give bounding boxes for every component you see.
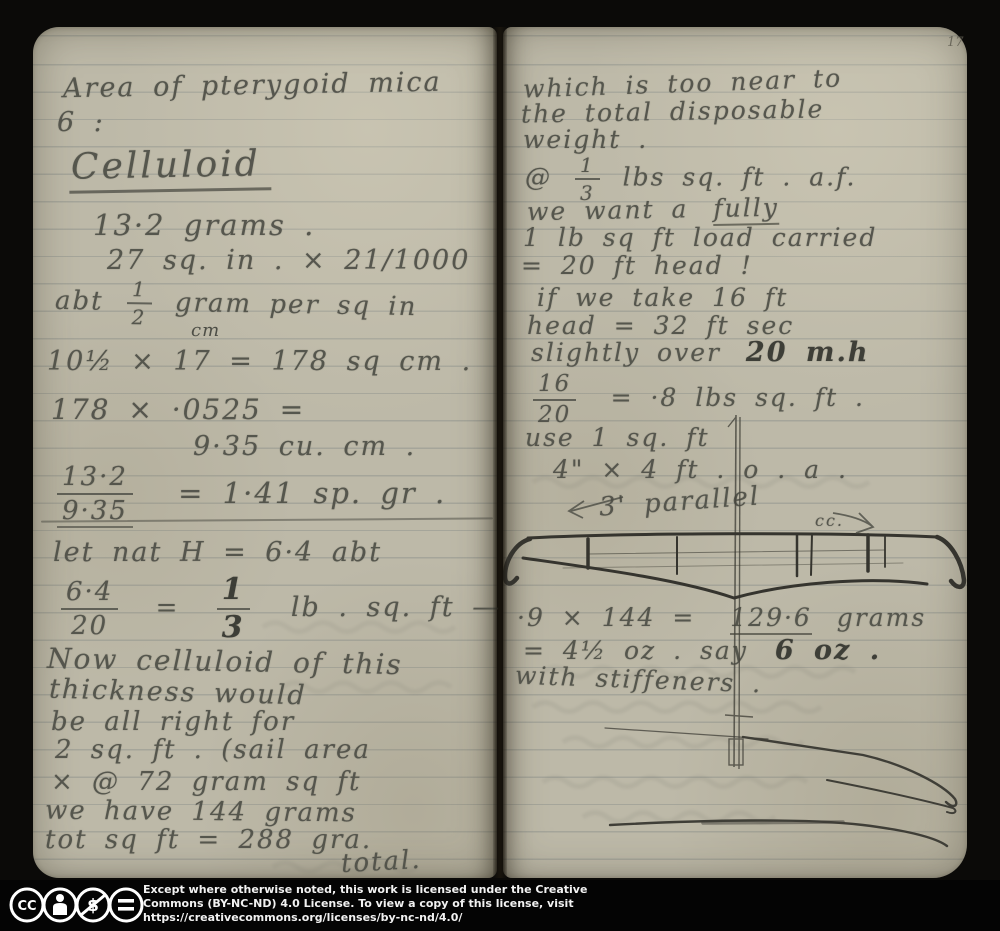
handwriting-line: 6 : [57, 109, 105, 137]
license-text-line1: Except where otherwise noted, this work … [143, 883, 587, 897]
fraction-denominator: 9·35 [57, 495, 133, 528]
fraction: 16 20 [533, 373, 576, 427]
handwriting-line: 178 × ·0525 = [51, 395, 305, 424]
handwriting-line: use 1 sq. ft [525, 425, 710, 451]
handwriting-line: ·9 × 144 = 129·6 grams [517, 605, 926, 631]
notebook-scan: Area of pterygoid mica 6 : Celluloid 13·… [0, 0, 1000, 931]
handwriting-line: Area of pterygoid mica [63, 69, 442, 104]
handwriting-line: if we take 16 ft [537, 285, 788, 311]
at-sign: @ [525, 163, 552, 192]
word: gram per sq in [175, 288, 418, 322]
handwriting-line: = 20 ft head ! [521, 253, 753, 279]
handwriting-line: with stiffeners . [515, 663, 763, 698]
fraction: 1 3 [217, 575, 250, 643]
handwriting-line: 13·2 grams . [93, 210, 315, 240]
handwriting-line: head = 32 ft sec [527, 313, 794, 339]
handwriting-line: we want a fully [527, 195, 779, 226]
handwriting-line: = 4½ oz . say 6 oz . [523, 637, 881, 665]
handwriting-line: weight . [523, 127, 648, 153]
handwriting-line: × @ 72 gram sq ft [51, 769, 361, 796]
handwriting-line: 1 lb sq ft load carried [523, 225, 877, 251]
handwriting-line: 6·4 20 = 1 3 lb . sq. ft — [55, 575, 501, 643]
license-text-line3: https://creativecommons.org/licenses/by-… [143, 911, 587, 925]
handwriting-line: 9·35 cu. cm . [193, 433, 416, 461]
word: slightly over [531, 338, 721, 367]
svg-text:CC: CC [17, 899, 36, 914]
handwriting-line: let nat H = 6·4 abt [53, 539, 382, 567]
handwriting-line: tot sq ft = 288 gra. [45, 827, 372, 854]
fraction-denominator: 3 [217, 610, 250, 643]
handwriting-line: the total disposable [521, 96, 825, 128]
license-bar: CC $ Except where otherwise noted, this … [0, 880, 1000, 931]
word: abt [55, 286, 104, 317]
handwriting-line: we have 144 grams [45, 798, 357, 828]
emphasized-value: 6 oz . [775, 635, 881, 666]
left-page: Area of pterygoid mica 6 : Celluloid 13·… [33, 27, 497, 878]
superscript-unit: cm [191, 320, 220, 341]
equation-text: = 4½ oz . say [523, 636, 748, 665]
underlined-value: 129·6 [730, 603, 812, 635]
handwriting-line: thickness would [49, 676, 307, 711]
unit-text: lb . sq. ft — [291, 592, 501, 623]
wing-front-view [505, 534, 964, 598]
handwriting-line: 16 20 = ·8 lbs sq. ft . [527, 373, 865, 427]
fraction-numerator: 1 [127, 279, 152, 304]
handwriting-line: 4" × 4 ft . o . a . [553, 457, 848, 483]
equation-result: = ·8 lbs sq. ft . [611, 383, 865, 412]
handwriting-line: 27 sq. in . × 21/1000 [107, 247, 470, 275]
unit-text: grams [837, 603, 926, 632]
fraction-numerator: 13·2 [57, 464, 133, 495]
fraction-numerator: 6·4 [61, 579, 118, 610]
fraction-denominator: 2 [126, 304, 151, 327]
fraction-numerator: 1 [575, 155, 600, 180]
wingtip-profile-sketch [605, 728, 956, 846]
fraction-denominator: 20 [61, 610, 118, 639]
no-derivatives-icon [107, 886, 145, 924]
equation-result: = 1·41 sp. gr . [178, 476, 446, 510]
fraction: 13·2 9·35 [57, 464, 133, 528]
license-text: Except where otherwise noted, this work … [143, 883, 587, 924]
handwriting-line: abt 1 2 gram per sq in [55, 278, 418, 332]
handwriting-line: be all right for [51, 709, 295, 736]
annotation-note: cc. [815, 513, 844, 530]
word: we want a [527, 194, 689, 226]
notebook-binding [493, 27, 507, 878]
handwriting-line: 3' parallel [598, 483, 761, 521]
emphasized-value: 20 m.h [746, 337, 870, 368]
page-number: 17 [947, 35, 964, 50]
license-text-line2: Commons (BY-NC-ND) 4.0 License. To view … [143, 897, 587, 911]
handwriting-line: total. [340, 847, 422, 878]
handwriting-line: 10½ × 17 = 178 sq cm . [47, 348, 472, 376]
handwriting-line: 2 sq. ft . (sail area [55, 737, 371, 764]
handwriting-line: slightly over 20 m.h [531, 339, 870, 367]
fraction: 6·4 20 [61, 579, 118, 639]
fraction-numerator: 1 [217, 575, 250, 610]
section-heading: Celluloid [69, 145, 272, 193]
right-page: 17 which is too near to the total dispos… [503, 27, 967, 878]
equals-sign: = [156, 593, 180, 623]
unit-text: lbs sq. ft . a.f. [623, 163, 857, 192]
fraction: 1 2 [126, 279, 152, 327]
underlined-word: fully [713, 193, 779, 226]
equation-text: ·9 × 144 = [517, 603, 695, 632]
fraction-numerator: 16 [533, 373, 576, 401]
